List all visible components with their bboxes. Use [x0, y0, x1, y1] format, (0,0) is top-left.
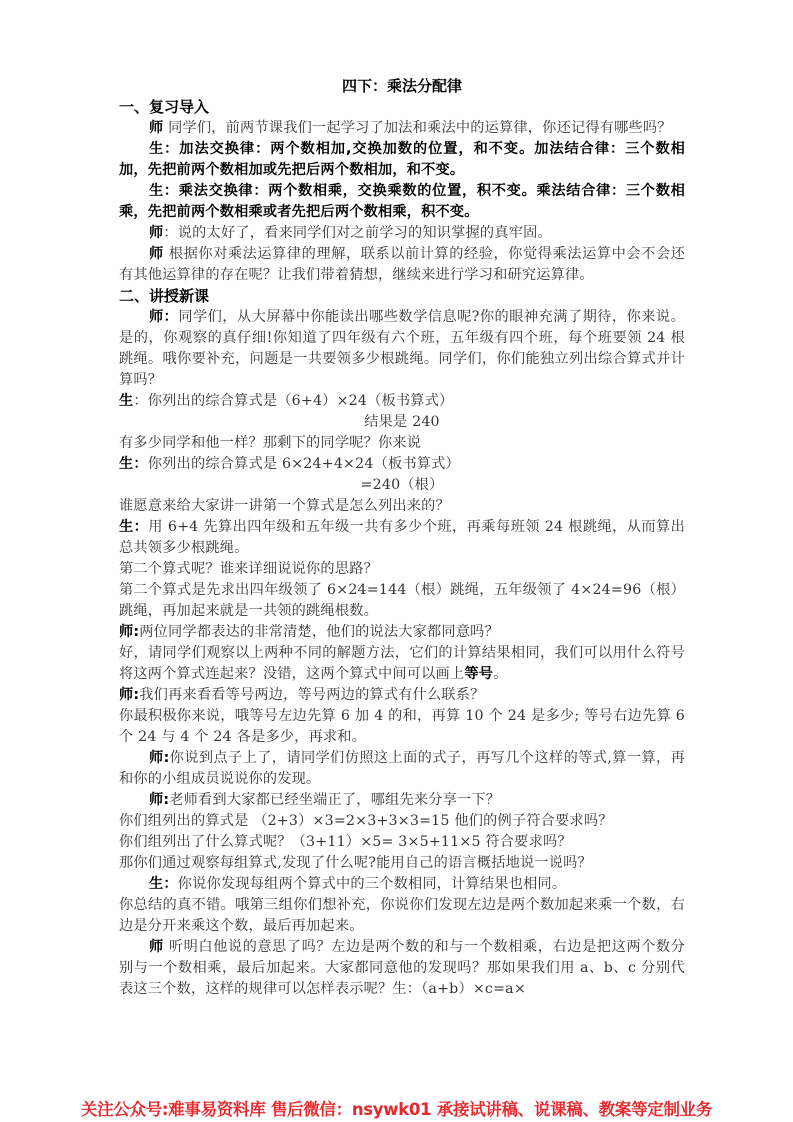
speaker-label: 师:: [149, 792, 169, 808]
paragraph-bold: 生：乘法交换律：两个数相乘，交换乘数的位置，积不变。乘法结合律：三个数相乘，先把…: [119, 181, 685, 223]
result-line: =240（根）: [119, 475, 685, 496]
document-page: 四下：乘法分配律 一、复习导入 师 同学们，前两节课我们一起学习了加法和乘法中的…: [119, 76, 685, 1000]
paragraph-text: 。: [493, 666, 507, 682]
paragraph: 你最积极你来说，哦等号左边先算 6 加 4 的和，再算 10 个 24 是多少;…: [119, 706, 685, 748]
paragraph-text: 听明白他说的意思了吗？左边是两个数的和与一个数相乘，右边是把这两个数分别与一个数…: [119, 939, 685, 997]
paragraph: 你们组列出了什么算式呢？（3+11）×5= 3×5+11×5 符合要求吗？: [119, 832, 685, 853]
paragraph-text: 两位同学都表达的非常清楚，他们的说法大家都同意吗？: [139, 624, 499, 640]
paragraph-bold: 生：加法交换律：两个数相加,交换加数的位置，和不变。加法结合律：三个数相加，先把…: [119, 139, 685, 181]
paragraph-text: 根据你对乘法运算律的理解，联系以前计算的经验，你觉得乘法运算中会不会还有其他运算…: [119, 246, 685, 283]
paragraph-text: ：说的太好了，看来同学们对之前学习的知识掌握的真牢固。: [163, 225, 551, 241]
paragraph-text: 好，请同学们观察以上两种不同的解题方法，它们的计算结果相同，我们可以用什么符号将…: [119, 645, 685, 682]
paragraph: 你们组列出的算式是 （2+3）×3=2×3+3×3=15 他们的例子符合要求吗？: [119, 811, 685, 832]
speaker-label: 师:: [119, 624, 139, 640]
paragraph-text: 老师看到大家都已经坐端正了，哪组先来分享一下？: [169, 792, 500, 808]
paragraph: 生：你列出的综合算式是 6×24+4×24（板书算式）: [119, 454, 685, 475]
paragraph-text: 我们再来看看等号两边，等号两边的算式有什么联系？: [139, 687, 484, 703]
paragraph: 师:你说到点子上了，请同学们仿照这上面的式子，再写几个这样的等式,算一算，再和你…: [119, 748, 685, 790]
paragraph: 师:老师看到大家都已经坐端正了，哪组先来分享一下？: [119, 790, 685, 811]
paragraph: 有多少同学和他一样？那剩下的同学呢？你来说: [119, 433, 685, 454]
speaker-label: 生：: [119, 519, 148, 535]
paragraph: 你总结的真不错。哦第三组你们想补充，你说你们发现左边是两个数加起来乘一个数，右边…: [119, 895, 685, 937]
paragraph: 那你们通过观察每组算式,发现了什么呢?能用自己的语言概括地说一说吗？: [119, 853, 685, 874]
paragraph: 师 根据你对乘法运算律的理解，联系以前计算的经验，你觉得乘法运算中会不会还有其他…: [119, 244, 685, 286]
section-heading-new-lesson: 二、讲授新课: [119, 286, 685, 307]
paragraph: 好，请同学们观察以上两种不同的解题方法，它们的计算结果相同，我们可以用什么符号将…: [119, 643, 685, 685]
paragraph: 第二个算式呢？谁来详细说说你的思路？: [119, 559, 685, 580]
page-title: 四下：乘法分配律: [119, 76, 685, 97]
paragraph-text: ：你列出的综合算式是（6+4）×24（板书算式）: [133, 393, 453, 409]
speaker-label: 师: [149, 120, 163, 136]
paragraph-text: 同学们，前两节课我们一起学习了加法和乘法中的运算律，你还记得有哪些吗？: [168, 120, 672, 136]
bold-term: 等号: [464, 666, 493, 682]
paragraph: 师：说的太好了，看来同学们对之前学习的知识掌握的真牢固。: [119, 223, 685, 244]
paragraph-text: 你说到点子上了，请同学们仿照这上面的式子，再写几个这样的等式,算一算，再和你的小…: [119, 750, 685, 787]
speaker-label: 生：: [149, 876, 178, 892]
speaker-label: 师: [149, 939, 164, 955]
speaker-label: 生：: [119, 456, 148, 472]
paragraph: 师 同学们，前两节课我们一起学习了加法和乘法中的运算律，你还记得有哪些吗？: [119, 118, 685, 139]
paragraph: 生：你列出的综合算式是（6+4）×24（板书算式）: [119, 391, 685, 412]
section-heading-review: 一、复习导入: [119, 97, 685, 118]
paragraph-text: 用 6+4 先算出四年级和五年级一共有多少个班，再乘每班领 24 根跳绳，从而算…: [119, 519, 685, 556]
paragraph: 生：用 6+4 先算出四年级和五年级一共有多少个班，再乘每班领 24 根跳绳，从…: [119, 517, 685, 559]
paragraph: 第二个算式是先求出四年级领了 6×24=144（根）跳绳，五年级领了 4×24=…: [119, 580, 685, 622]
speaker-label: 师：: [149, 309, 178, 325]
paragraph: 师 听明白他说的意思了吗？左边是两个数的和与一个数相乘，右边是把这两个数分别与一…: [119, 937, 685, 1000]
paragraph-text: 同学们，从大屏幕中你能读出哪些数学信息呢?你的眼神充满了期待，你来说。是的，你观…: [119, 309, 685, 388]
speaker-label: 师:: [149, 750, 169, 766]
paragraph-text: 你列出的综合算式是 6×24+4×24（板书算式）: [148, 456, 460, 472]
speaker-label: 师: [149, 225, 163, 241]
speaker-label: 师: [149, 246, 164, 262]
footer-banner: 关注公众号:难事易资料库 售后微信：nsywk01 承接试讲稿、说课稿、教案等定…: [0, 1096, 793, 1120]
result-line: 结果是 240: [119, 412, 685, 433]
paragraph-text: 你说你发现每组两个算式中的三个数相同，计算结果也相同。: [178, 876, 566, 892]
speaker-label: 师:: [119, 687, 139, 703]
paragraph: 师:我们再来看看等号两边，等号两边的算式有什么联系？: [119, 685, 685, 706]
paragraph: 生：你说你发现每组两个算式中的三个数相同，计算结果也相同。: [119, 874, 685, 895]
speaker-label: 生: [119, 393, 133, 409]
paragraph: 师:两位同学都表达的非常清楚，他们的说法大家都同意吗？: [119, 622, 685, 643]
paragraph: 谁愿意来给大家讲一讲第一个算式是怎么列出来的？: [119, 496, 685, 517]
paragraph: 师：同学们，从大屏幕中你能读出哪些数学信息呢?你的眼神充满了期待，你来说。是的，…: [119, 307, 685, 391]
